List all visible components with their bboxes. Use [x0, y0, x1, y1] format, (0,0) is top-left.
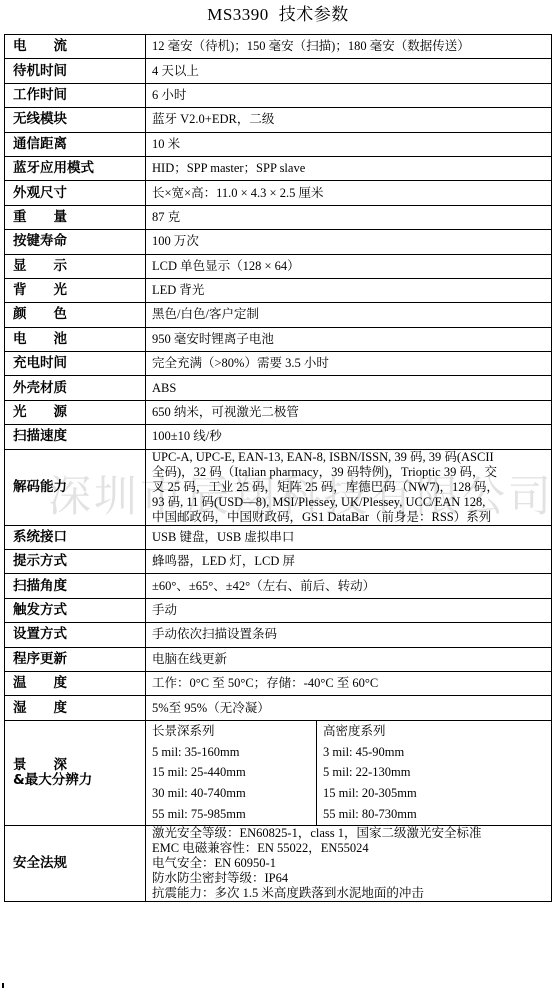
spec-label: 温 度 [5, 671, 146, 695]
safety-line: 防水防尘密封等级：IP64 [152, 871, 551, 886]
spec-value: 100 万次 [146, 230, 552, 254]
spec-label: 显 示 [5, 254, 146, 278]
safety-line: 激光安全等级：EN60825-1，class 1，国家二级激光安全标准 [152, 826, 551, 841]
spec-value: 黑色/白色/客户定制 [146, 303, 552, 327]
spec-row: 充电时间完全充满（>80%）需要 3.5 小时 [5, 352, 552, 376]
spec-value: 蜂鸣器，LED 灯，LCD 屏 [146, 550, 552, 574]
decode-line: 93 码, 11 码(USD—8), MSI/Plessey, UK/Pless… [152, 495, 551, 510]
spec-row: 外壳材质ABS [5, 376, 552, 400]
spec-value: ±60°、±65°、±42°（左右、前后、转动） [146, 574, 552, 598]
safety-value: 激光安全等级：EN60825-1，class 1，国家二级激光安全标准 EMC … [146, 825, 552, 901]
model-name: MS3390 [207, 5, 269, 24]
spec-row: 程序更新电脑在线更新 [5, 647, 552, 671]
depth-series-long: 长景深系列 5 mil: 35-160mm 15 mil: 25-440mm 3… [146, 721, 317, 825]
spec-row: 系统接口USB 键盘，USB 虚拟串口 [5, 525, 552, 549]
spec-label: 颜 色 [5, 303, 146, 327]
series-value: 5 mil: 35-160mm [152, 742, 316, 763]
spec-label: 设置方式 [5, 623, 146, 647]
safety-row: 安全法规 激光安全等级：EN60825-1，class 1，国家二级激光安全标准… [5, 825, 552, 901]
spec-label: 外壳材质 [5, 376, 146, 400]
spec-value: 5%至 95%（无冷凝） [146, 696, 552, 720]
safety-line: 电气安全：EN 60950-1 [152, 856, 551, 871]
depth-row: 景 深 &最大分辨力 长景深系列 5 mil: 35-160mm 15 mil:… [5, 720, 552, 825]
safety-label: 安全法规 [5, 825, 146, 901]
spec-value: 10 米 [146, 132, 552, 156]
spec-value: 蓝牙 V2.0+EDR，二级 [146, 108, 552, 132]
series-value: 30 mil: 40-740mm [152, 783, 316, 804]
spec-row: 湿 度5%至 95%（无冷凝） [5, 696, 552, 720]
series-name: 长景深系列 [152, 721, 316, 742]
corner-mark [2, 983, 4, 988]
depth-series-high-density: 高密度系列 3 mil: 45-90mm 5 mil: 22-130mm 15 … [317, 721, 551, 825]
spec-row: 扫描角度±60°、±65°、±42°（左右、前后、转动） [5, 574, 552, 598]
spec-label: 充电时间 [5, 352, 146, 376]
series-value: 15 mil: 20-305mm [323, 783, 551, 804]
spec-row: 背 光LED 背光 [5, 278, 552, 302]
spec-label: 重 量 [5, 205, 146, 229]
spec-row: 触发方式手动 [5, 598, 552, 622]
spec-table: 电 流12 毫安（待机)；150 毫安（扫描)；180 毫安（数据传送） 待机时… [4, 34, 552, 902]
safety-line: EMC 电磁兼容性：EN 55022，EN55024 [152, 841, 551, 856]
spec-row: 设置方式手动依次扫描设置条码 [5, 623, 552, 647]
spec-row: 温 度工作：0°C 至 50°C；存储：-40°C 至 60°C [5, 671, 552, 695]
spec-value: 手动依次扫描设置条码 [146, 623, 552, 647]
spec-label: 外观尺寸 [5, 181, 146, 205]
series-value: 55 mil: 80-730mm [323, 804, 551, 825]
spec-value: 6 小时 [146, 83, 552, 107]
spec-row: 通信距离10 米 [5, 132, 552, 156]
spec-value: 87 克 [146, 205, 552, 229]
spec-row: 电 池950 毫安时锂离子电池 [5, 327, 552, 351]
spec-row: 外观尺寸长×宽×高：11.0 × 4.3 × 2.5 厘米 [5, 181, 552, 205]
spec-label: 湿 度 [5, 696, 146, 720]
spec-row: 光 源650 纳米，可视激光二极管 [5, 400, 552, 424]
spec-row: 扫描速度100±10 线/秒 [5, 425, 552, 449]
series-value: 3 mil: 45-90mm [323, 742, 551, 763]
decode-label: 解码能力 [5, 449, 146, 525]
spec-value: 100±10 线/秒 [146, 425, 552, 449]
series-value: 55 mil: 75-985mm [152, 804, 316, 825]
spec-value: HID；SPP master；SPP slave [146, 156, 552, 180]
spec-value: 完全充满（>80%）需要 3.5 小时 [146, 352, 552, 376]
spec-value: LCD 单色显示（128 × 64） [146, 254, 552, 278]
decode-line: 全码)，32 码（Italian pharmacy，39 码特例)，Triopt… [152, 465, 551, 480]
spec-label: 通信距离 [5, 132, 146, 156]
spec-label: 电 池 [5, 327, 146, 351]
spec-row: 提示方式蜂鸣器，LED 灯，LCD 屏 [5, 550, 552, 574]
depth-label: 景 深 &最大分辨力 [5, 720, 146, 825]
series-value: 5 mil: 22-130mm [323, 762, 551, 783]
decode-line: UPC-A, UPC-E, EAN-13, EAN-8, ISBN/ISSN, … [152, 450, 551, 465]
safety-line: 抗震能力：多次 1.5 米高度跌落到水泥地面的冲击 [152, 886, 551, 901]
spec-label: 无线模块 [5, 108, 146, 132]
spec-row: 工作时间6 小时 [5, 83, 552, 107]
spec-label: 按键寿命 [5, 230, 146, 254]
spec-row: 显 示LCD 单色显示（128 × 64） [5, 254, 552, 278]
spec-value: 650 纳米，可视激光二极管 [146, 400, 552, 424]
decode-line: 叉 25 码，工业 25 码，矩阵 25 码，库德巴码（NW7)，128 码， [152, 480, 551, 495]
spec-row: 无线模块蓝牙 V2.0+EDR，二级 [5, 108, 552, 132]
spec-value: 电脑在线更新 [146, 647, 552, 671]
spec-label: 提示方式 [5, 550, 146, 574]
spec-label: 程序更新 [5, 647, 146, 671]
spec-label: 扫描速度 [5, 425, 146, 449]
spec-label: 蓝牙应用模式 [5, 156, 146, 180]
depth-label-line1: 景 深 [13, 758, 145, 773]
spec-value: 950 毫安时锂离子电池 [146, 327, 552, 351]
spec-value: 12 毫安（待机)；150 毫安（扫描)；180 毫安（数据传送） [146, 35, 552, 59]
spec-value: USB 键盘，USB 虚拟串口 [146, 525, 552, 549]
title-text: 技术参数 [279, 5, 349, 24]
spec-value: LED 背光 [146, 278, 552, 302]
decode-line: 中国邮政码，中国财政码，GS1 DataBar（前身是：RSS）系列 [152, 510, 551, 525]
depth-value: 长景深系列 5 mil: 35-160mm 15 mil: 25-440mm 3… [146, 720, 552, 825]
decode-row: 解码能力 UPC-A, UPC-E, EAN-13, EAN-8, ISBN/I… [5, 449, 552, 525]
spec-value: 长×宽×高：11.0 × 4.3 × 2.5 厘米 [146, 181, 552, 205]
decode-value: UPC-A, UPC-E, EAN-13, EAN-8, ISBN/ISSN, … [146, 449, 552, 525]
spec-label: 背 光 [5, 278, 146, 302]
spec-row: 待机时间4 天以上 [5, 59, 552, 83]
spec-row: 按键寿命100 万次 [5, 230, 552, 254]
spec-label: 待机时间 [5, 59, 146, 83]
depth-label-line2: &最大分辨力 [13, 773, 145, 788]
spec-row: 重 量87 克 [5, 205, 552, 229]
spec-value: 工作：0°C 至 50°C；存储：-40°C 至 60°C [146, 671, 552, 695]
spec-value: ABS [146, 376, 552, 400]
spec-value: 4 天以上 [146, 59, 552, 83]
spec-label: 扫描角度 [5, 574, 146, 598]
spec-label: 系统接口 [5, 525, 146, 549]
spec-row: 颜 色黑色/白色/客户定制 [5, 303, 552, 327]
spec-label: 电 流 [5, 35, 146, 59]
spec-value: 手动 [146, 598, 552, 622]
spec-label: 工作时间 [5, 83, 146, 107]
document-title: MS3390技术参数 [0, 4, 556, 26]
series-value: 15 mil: 25-440mm [152, 762, 316, 783]
spec-row: 蓝牙应用模式HID；SPP master；SPP slave [5, 156, 552, 180]
spec-label: 触发方式 [5, 598, 146, 622]
series-name: 高密度系列 [323, 721, 551, 742]
spec-label: 光 源 [5, 400, 146, 424]
spec-row: 电 流12 毫安（待机)；150 毫安（扫描)；180 毫安（数据传送） [5, 35, 552, 59]
